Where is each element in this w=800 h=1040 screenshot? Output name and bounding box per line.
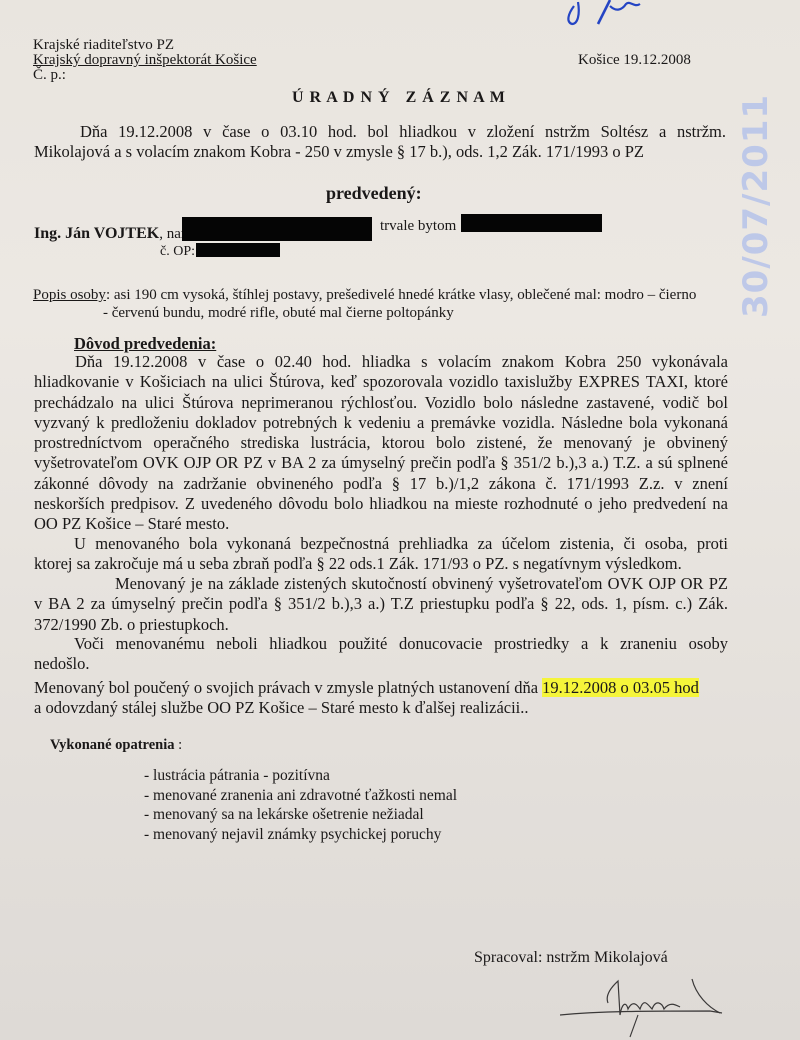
document-page: Krajské riaditeľstvo PZ Krajský dopravný… bbox=[0, 0, 800, 1040]
reference-number-label: Č. p.: bbox=[33, 67, 66, 84]
id-card-label: č. OP: bbox=[160, 244, 195, 260]
reason-paragraph-5-line-2: a odovzdaný stálej službe OO PZ Košice –… bbox=[34, 700, 529, 717]
reason-heading: Dôvod predvedenia: bbox=[74, 334, 216, 354]
subtitle-predvedeny: predvedený: bbox=[326, 183, 422, 204]
reason-paragraph-1: Dňa 19.12.2008 v čase o 02.40 hod. hliad… bbox=[34, 352, 728, 535]
highlighted-datetime: 19.12.2008 o 03.05 hod bbox=[542, 678, 699, 697]
list-item: - menovaný nejavil známky psychickej por… bbox=[144, 825, 457, 845]
org-line-2: Krajský dopravný inšpektorát Košice bbox=[33, 52, 257, 69]
reason-paragraph-4: Voči menovanému neboli hliadkou použité … bbox=[34, 634, 728, 675]
handwritten-note-icon bbox=[560, 0, 670, 30]
reason-paragraph-2: U menovaného bola vykonaná bezpečnostná … bbox=[34, 534, 728, 575]
reason-paragraph-5-line-1: Menovaný bol poučený o svojich právach v… bbox=[34, 680, 699, 697]
list-item: - menované zranenia ani zdravotné ťažkos… bbox=[144, 786, 457, 806]
list-item: - menovaný sa na lekárske ošetrenie neži… bbox=[144, 805, 457, 825]
measures-list: - lustrácia pátrania - pozitívna - menov… bbox=[144, 766, 457, 844]
processed-by: Spracoval: nstržm Mikolajová bbox=[474, 949, 668, 967]
intro-line-2: Mikolajová a s volacím znakom Kobra - 25… bbox=[34, 144, 644, 161]
redacted-address bbox=[461, 214, 602, 232]
description-label: Popis osoby bbox=[33, 287, 106, 303]
address-label: trvale bytom bbox=[380, 218, 456, 235]
description-line-2: - červenú bundu, modré rifle, obuté mal … bbox=[103, 305, 454, 322]
reason-paragraph-3: Menovaný je na základe zistených skutočn… bbox=[34, 574, 728, 635]
person-line: Ing. Ján VOJTEK, nar. bbox=[34, 225, 189, 243]
intro-line-1: Dňa 19.12.2008 v čase o 03.10 hod. bol h… bbox=[80, 124, 726, 141]
person-name: Ing. Ján VOJTEK bbox=[34, 225, 159, 242]
list-item: - lustrácia pátrania - pozitívna bbox=[144, 766, 457, 786]
date-stamp: 30/07/2011 bbox=[736, 88, 776, 324]
document-title: Ú R A D N Ý Z Á Z N A M bbox=[292, 89, 506, 107]
measures-heading: Vykonané opatrenia : bbox=[50, 737, 182, 754]
place-date: Košice 19.12.2008 bbox=[578, 52, 691, 69]
signature-icon bbox=[560, 975, 730, 1040]
redacted-birth-date bbox=[182, 217, 372, 241]
redacted-id-number bbox=[196, 243, 280, 257]
description-line-1: Popis osoby: asi 190 cm vysoká, štíhlej … bbox=[33, 287, 696, 304]
